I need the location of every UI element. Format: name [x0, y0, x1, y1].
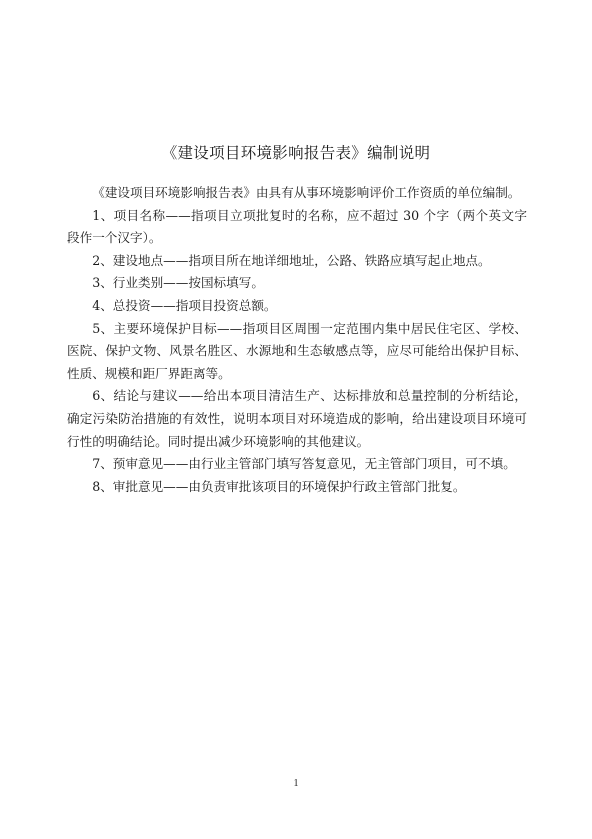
document-body: 《建设项目环境影响报告表》由具有从事环境影响评价工作资质的单位编制。 1、项目名…: [67, 182, 527, 498]
document-title: 《建设项目环境影响报告表》编制说明: [0, 141, 592, 163]
item-project-name: 1、项目名称——指项目立项批复时的名称，应不超过 30 个字（两个英文字段作一个…: [67, 205, 527, 250]
page-number: 1: [0, 778, 592, 789]
item-conclusions: 6、结论与建议——给出本项目清洁生产、达标排放和总量控制的分析结论，确定污染防治…: [67, 385, 527, 453]
item-approval-opinion: 8、审批意见——由负责审批该项目的环境保护行政主管部门批复。: [67, 476, 527, 499]
item-protection-targets: 5、主要环境保护目标——指项目区周围一定范围内集中居民住宅区、学校、医院、保护文…: [67, 318, 527, 386]
item-total-investment: 4、总投资——指项目投资总额。: [67, 295, 527, 318]
item-construction-site: 2、建设地点——指项目所在地详细地址，公路、铁路应填写起止地点。: [67, 250, 527, 273]
item-industry-category: 3、行业类别——按国标填写。: [67, 272, 527, 295]
item-preliminary-review: 7、预审意见——由行业主管部门填写答复意见，无主管部门项目，可不填。: [67, 453, 527, 476]
intro-paragraph: 《建设项目环境影响报告表》由具有从事环境影响评价工作资质的单位编制。: [67, 182, 527, 205]
